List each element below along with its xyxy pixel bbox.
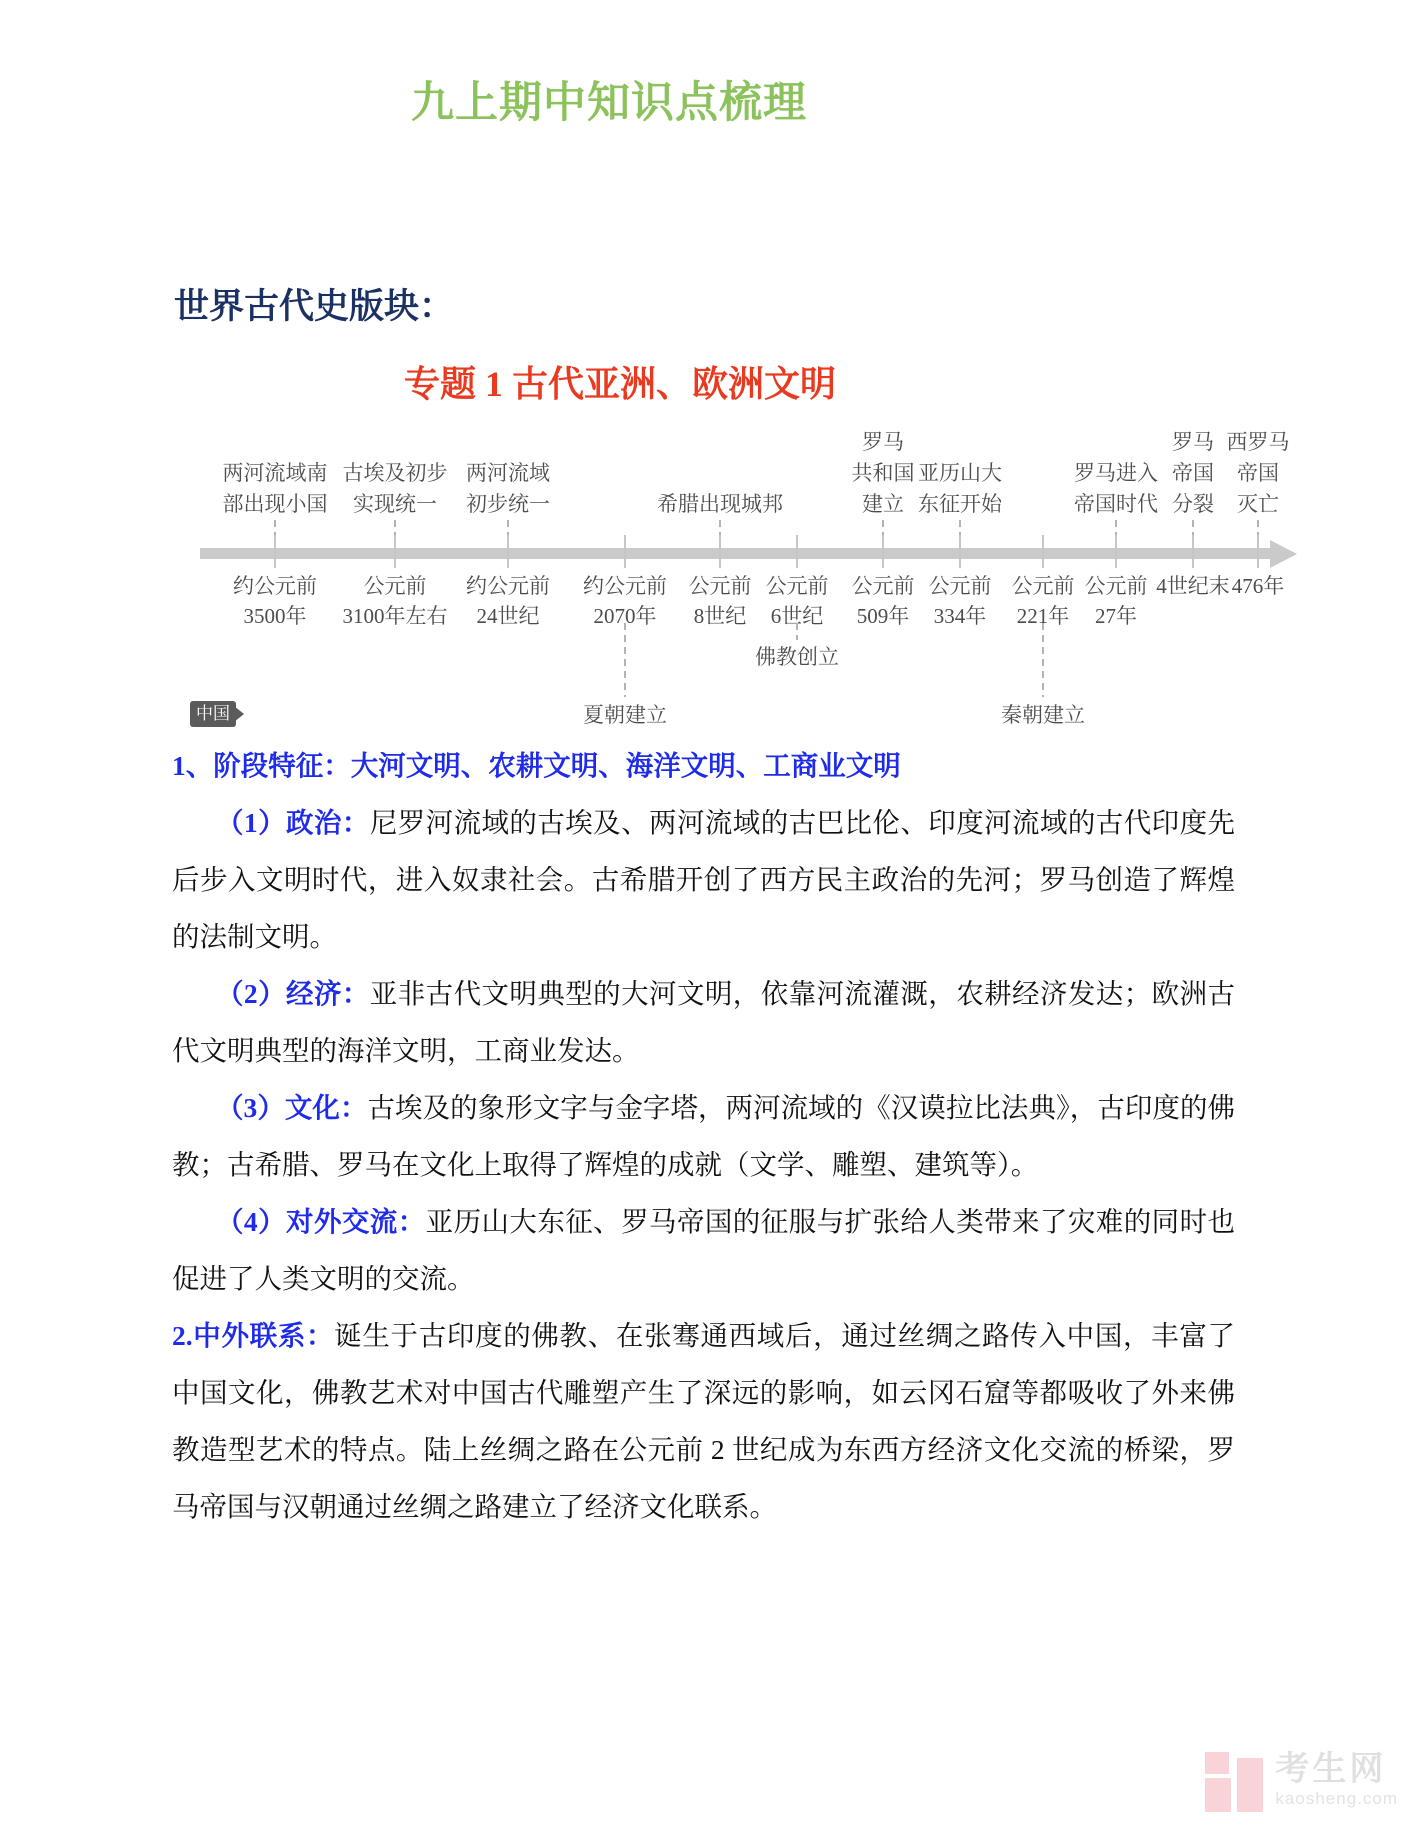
timeline-tick bbox=[959, 535, 961, 568]
event-label: 古埃及初步 实现统一 bbox=[343, 458, 448, 520]
timeline-tick bbox=[1115, 535, 1117, 568]
dashed-connector bbox=[1042, 623, 1044, 697]
history-timeline-figure: 两河流域南 部出现小国 约公元前 3500年 古埃及初步 实现统一 公元前 31… bbox=[200, 430, 1330, 732]
paragraph-label: （2）经济： bbox=[216, 978, 370, 1009]
timeline-tick bbox=[624, 535, 626, 568]
event-date: 公元前 509年 bbox=[852, 571, 915, 631]
event-label: 两河流域 初步统一 bbox=[466, 458, 550, 520]
paragraph-foreign-exchange: （4）对外交流：亚历山大东征、罗马帝国的征服与扩张给人类带来了灾难的同时也促进了… bbox=[172, 1193, 1235, 1307]
paragraph-label: （4）对外交流： bbox=[216, 1206, 426, 1237]
paragraph-label: （3）文化： bbox=[216, 1092, 368, 1123]
kaosheng-watermark: 考生网 kaosheng.com bbox=[1205, 1750, 1398, 1812]
event-date: 公元前 334年 bbox=[929, 571, 992, 631]
watermark-site-name: 考生网 bbox=[1275, 1750, 1398, 1788]
page-title: 九上期中知识点梳理 bbox=[0, 69, 1218, 130]
event-label: 罗马 帝国 分裂 bbox=[1172, 427, 1214, 520]
timeline-tick bbox=[1042, 535, 1044, 568]
event-date: 约公元前 3500年 bbox=[233, 571, 317, 631]
event-label: 夏朝建立 bbox=[583, 702, 667, 728]
paragraph-economy: （2）经济：亚非古代文明典型的大河文明，依靠河流灌溉，农耕经济发达；欧洲古代文明… bbox=[172, 965, 1235, 1079]
timeline-tick bbox=[719, 535, 721, 568]
event-date: 公元前 6世纪 bbox=[766, 571, 829, 631]
timeline-tick bbox=[274, 535, 276, 568]
event-label: 罗马进入 帝国时代 bbox=[1074, 458, 1158, 520]
timeline-tick bbox=[882, 535, 884, 568]
watermark-text: 考生网 kaosheng.com bbox=[1275, 1750, 1398, 1810]
dashed-connector bbox=[796, 623, 798, 640]
paragraph-stage-features: 1、阶段特征：大河文明、农耕文明、海洋文明、工商业文明 bbox=[172, 737, 1235, 794]
event-date: 4世纪末 bbox=[1156, 571, 1230, 601]
section-heading: 世界古代史版块： bbox=[174, 279, 454, 329]
timeline-tick bbox=[1257, 535, 1259, 568]
study-notes-page: 九上期中知识点梳理 世界古代史版块： 专题 1 古代亚洲、欧洲文明 两河流域南 … bbox=[0, 0, 1410, 1824]
watermark-site-domain: kaosheng.com bbox=[1275, 1788, 1398, 1810]
tag-arrow-icon bbox=[234, 706, 244, 722]
timeline-tick bbox=[394, 535, 396, 568]
event-date: 约公元前 2070年 bbox=[583, 571, 667, 631]
timeline-arrowhead-icon bbox=[1270, 540, 1297, 568]
timeline-tick bbox=[507, 535, 509, 568]
paragraph-label: 2.中外联系： bbox=[172, 1320, 334, 1351]
event-date: 476年 bbox=[1232, 571, 1285, 601]
kaosheng-logo-icon bbox=[1205, 1750, 1265, 1812]
paragraph-label: （1）政治： bbox=[216, 807, 370, 838]
notes-body: 1、阶段特征：大河文明、农耕文明、海洋文明、工商业文明 （1）政治：尼罗河流域的… bbox=[172, 737, 1235, 1535]
event-label: 秦朝建立 bbox=[1001, 702, 1085, 728]
event-label: 两河流域南 部出现小国 bbox=[223, 458, 328, 520]
event-date: 公元前 3100年左右 bbox=[343, 571, 448, 631]
paragraph-culture: （3）文化：古埃及的象形文字与金字塔，两河流域的《汉谟拉比法典》，古印度的佛教；… bbox=[172, 1079, 1235, 1193]
dashed-connector bbox=[624, 623, 626, 697]
timeline-tick bbox=[796, 535, 798, 568]
timeline-axis bbox=[200, 548, 1272, 559]
event-date: 公元前 221年 bbox=[1012, 571, 1075, 631]
event-label: 希腊出现城邦 bbox=[657, 489, 783, 520]
paragraph-heading: 1、阶段特征：大河文明、农耕文明、海洋文明、工商业文明 bbox=[172, 750, 901, 781]
event-label: 西罗马 帝国 灭亡 bbox=[1227, 427, 1290, 520]
event-date: 约公元前 24世纪 bbox=[466, 571, 550, 631]
topic-heading: 专题 1 古代亚洲、欧洲文明 bbox=[404, 356, 836, 407]
event-date: 公元前 27年 bbox=[1085, 571, 1148, 631]
china-tag-badge: 中国 bbox=[190, 701, 244, 727]
event-label: 罗马 共和国 建立 bbox=[852, 427, 915, 520]
china-tag-label: 中国 bbox=[190, 701, 236, 727]
paragraph-politics: （1）政治：尼罗河流域的古埃及、两河流域的古巴比伦、印度河流域的古代印度先后步入… bbox=[172, 794, 1235, 965]
event-date: 公元前 8世纪 bbox=[689, 571, 752, 631]
event-label: 亚历山大 东征开始 bbox=[918, 458, 1002, 520]
event-label: 佛教创立 bbox=[755, 644, 839, 670]
paragraph-china-foreign-links: 2.中外联系：诞生于古印度的佛教、在张骞通西域后，通过丝绸之路传入中国，丰富了中… bbox=[172, 1307, 1235, 1535]
timeline-tick bbox=[1192, 535, 1194, 568]
